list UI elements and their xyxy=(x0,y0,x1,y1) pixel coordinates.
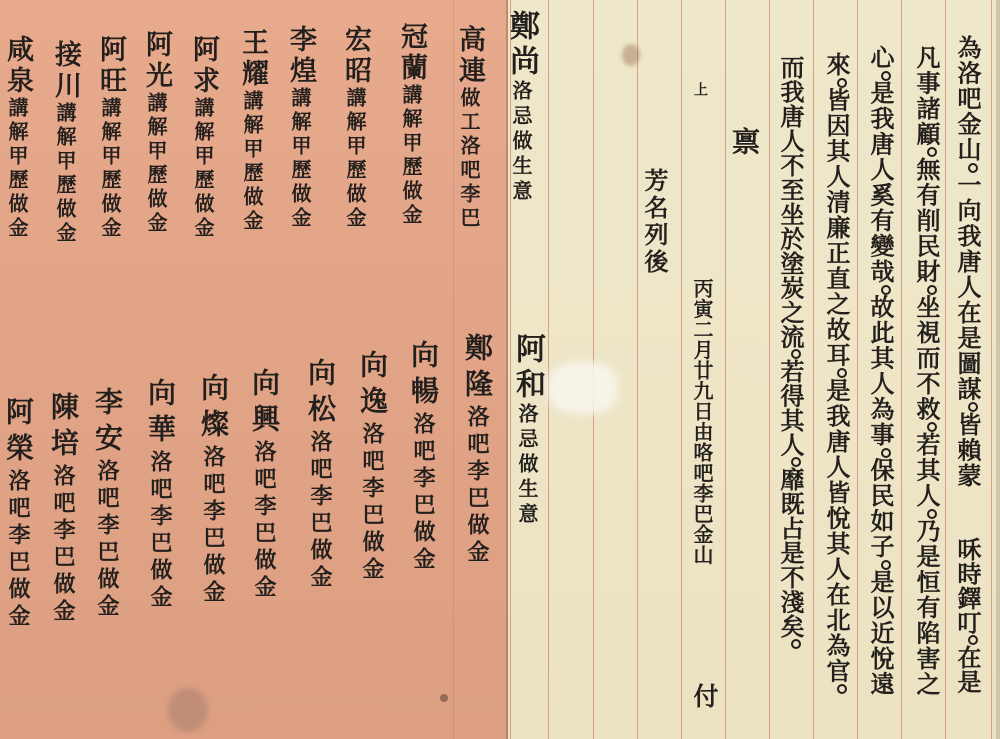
sign-mark: 付 xyxy=(692,683,717,708)
punctuation-circle: 。 xyxy=(837,684,847,694)
ruled-line xyxy=(548,0,549,739)
name-entry: 阿旺講解甲歷做金 xyxy=(97,35,124,241)
punctuation-circle: 。 xyxy=(837,368,847,378)
paper-stain xyxy=(622,44,640,66)
person-name: 向松 xyxy=(304,358,337,430)
punctuation-circle: 。 xyxy=(881,285,891,295)
name-entry: 接川講解甲歷做金 xyxy=(52,40,79,246)
punctuation-circle: 。 xyxy=(881,560,891,570)
name-entry: 陳培洛吧李巴做金 xyxy=(49,392,77,626)
person-note: 洛吧李巴做金 xyxy=(200,445,226,607)
person-name: 接川 xyxy=(50,40,81,102)
person-note: 講解甲歷做金 xyxy=(98,97,122,241)
punctuation-circle: 。 xyxy=(968,163,978,173)
punctuation-circle: 。 xyxy=(837,78,847,88)
paper-stain xyxy=(168,688,208,732)
name-entry: 鄭隆洛吧李巴做金 xyxy=(463,333,491,567)
person-note: 洛吧李巴做金 xyxy=(94,459,120,621)
person-name: 向暢 xyxy=(407,340,440,412)
person-name: 阿求 xyxy=(188,35,219,97)
letter-column-1a: 為洛吧金山。一向我唐人在是圖謀。皆賴蒙 xyxy=(955,35,979,489)
ruled-line xyxy=(813,0,814,739)
name-entry: 李煌講解甲歷做金 xyxy=(287,25,314,231)
name-entry: 阿光講解甲歷做金 xyxy=(143,30,170,236)
paper-edge xyxy=(996,0,1000,739)
person-name: 咸泉 xyxy=(2,35,33,97)
letter-column-1b: 咊時鐸叮。在是 xyxy=(955,537,979,694)
name-entry: 向華洛吧李巴做金 xyxy=(146,378,174,612)
name-entry: 阿求講解甲歷做金 xyxy=(190,35,217,241)
name-entry: 高連做工洛吧李巴 xyxy=(456,25,483,231)
name-entry: 冠蘭講解甲歷做金 xyxy=(398,22,425,228)
person-name: 李安 xyxy=(91,387,124,459)
ruled-line xyxy=(725,0,726,739)
punctuation-circle: 。 xyxy=(927,147,937,157)
punctuation-circle: 。 xyxy=(881,71,891,81)
person-name: 王耀 xyxy=(237,28,268,90)
person-note: 講解甲歷做金 xyxy=(53,102,77,246)
person-note: 洛吧李巴做金 xyxy=(359,422,385,584)
punctuation-circle: 。 xyxy=(791,639,801,649)
person-name: 宏昭 xyxy=(340,25,371,87)
person-name: 李煌 xyxy=(285,25,316,87)
ruled-line xyxy=(681,0,682,739)
name-entry: 向松洛吧李巴做金 xyxy=(306,358,334,592)
date-line: 丙寅二月廿九日由咯吧李巴金山 xyxy=(692,278,712,565)
person-name: 阿光 xyxy=(141,30,172,92)
ruled-line xyxy=(945,0,946,739)
name-entry: 阿和洛忌做生意 xyxy=(512,333,542,528)
ruled-line xyxy=(991,0,992,739)
name-entry: 向逸洛吧李巴做金 xyxy=(358,350,386,584)
person-note: 做工洛吧李巴 xyxy=(457,87,481,231)
person-name: 陳培 xyxy=(47,392,80,464)
name-entry: 阿榮洛吧李巴做金 xyxy=(4,397,32,631)
person-name: 向逸 xyxy=(356,350,389,422)
ruled-line xyxy=(769,0,770,739)
punctuation-circle: 。 xyxy=(791,457,801,467)
fold-line xyxy=(453,0,454,739)
letter-column-5: 而我唐人不至坐於塗炭之流。若得其人。靡既占是不淺矣。 xyxy=(778,55,802,649)
name-entry: 李安洛吧李巴做金 xyxy=(93,387,121,621)
punctuation-circle: 。 xyxy=(968,402,978,412)
person-note: 洛吧李巴做金 xyxy=(410,412,436,574)
paper-stain xyxy=(440,694,448,702)
punctuation-circle: 。 xyxy=(881,448,891,458)
ruled-line xyxy=(857,0,858,739)
person-note: 洛吧李巴做金 xyxy=(147,450,173,612)
punctuation-circle: 。 xyxy=(927,509,937,519)
name-entry: 咸泉講解甲歷做金 xyxy=(4,35,31,241)
name-entry: 鄭尚洛忌做生意 xyxy=(506,10,536,205)
person-note: 講解甲歷做金 xyxy=(343,87,367,231)
name-entry: 向興洛吧李巴做金 xyxy=(250,368,278,602)
punctuation-circle: 。 xyxy=(927,422,937,432)
person-name: 鄭尚 xyxy=(504,10,539,80)
paper-tear xyxy=(548,362,618,414)
name-entry: 向暢洛吧李巴做金 xyxy=(409,340,437,574)
names-listed-below: 芳名列後 xyxy=(642,168,666,276)
report-label: 禀 xyxy=(730,127,758,155)
person-note: 洛吧李巴做金 xyxy=(5,469,31,631)
person-name: 向燦 xyxy=(197,373,230,445)
person-name: 阿旺 xyxy=(95,35,126,97)
punctuation-circle: 。 xyxy=(968,635,978,645)
person-name: 向華 xyxy=(144,378,177,450)
person-note: 講解甲歷做金 xyxy=(5,97,29,241)
person-name: 阿和 xyxy=(510,333,545,403)
name-entry: 王耀講解甲歷做金 xyxy=(239,28,266,234)
person-note: 洛忌做生意 xyxy=(515,403,539,528)
letter-column-3: 心。是我唐人奚有變哉。故此其人為事。保民如子。是以近悅遠 xyxy=(868,45,892,697)
person-name: 鄭隆 xyxy=(461,333,494,405)
person-note: 講解甲歷做金 xyxy=(144,92,168,236)
name-entry: 向燦洛吧李巴做金 xyxy=(199,373,227,607)
person-name: 高連 xyxy=(454,25,485,87)
person-note: 洛吧李巴做金 xyxy=(251,440,277,602)
person-note: 講解甲歷做金 xyxy=(191,97,215,241)
ruled-line xyxy=(637,0,638,739)
person-note: 講解甲歷做金 xyxy=(288,87,312,231)
person-name: 向興 xyxy=(248,368,281,440)
person-note: 講解甲歷做金 xyxy=(399,84,423,228)
letter-column-4: 來。皆因其人清廉正直之故耳。是我唐人皆悅其人在北為官。 xyxy=(824,52,848,694)
elevation-mark: 上 xyxy=(693,82,707,96)
person-note: 洛吧李巴做金 xyxy=(50,464,76,626)
letter-column-2: 凡事諸顧。無有削民財。坐視而不救。若其人。乃是恒有陷害之 xyxy=(914,45,938,697)
person-note: 洛吧李巴做金 xyxy=(464,405,490,567)
person-name: 阿榮 xyxy=(2,397,35,469)
name-entry: 宏昭講解甲歷做金 xyxy=(342,25,369,231)
ruled-line xyxy=(901,0,902,739)
person-name: 冠蘭 xyxy=(396,22,427,84)
punctuation-circle: 。 xyxy=(927,285,937,295)
punctuation-circle: 。 xyxy=(791,349,801,359)
person-note: 洛吧李巴做金 xyxy=(307,430,333,592)
person-note: 講解甲歷做金 xyxy=(240,90,264,234)
person-note: 洛忌做生意 xyxy=(509,80,533,205)
